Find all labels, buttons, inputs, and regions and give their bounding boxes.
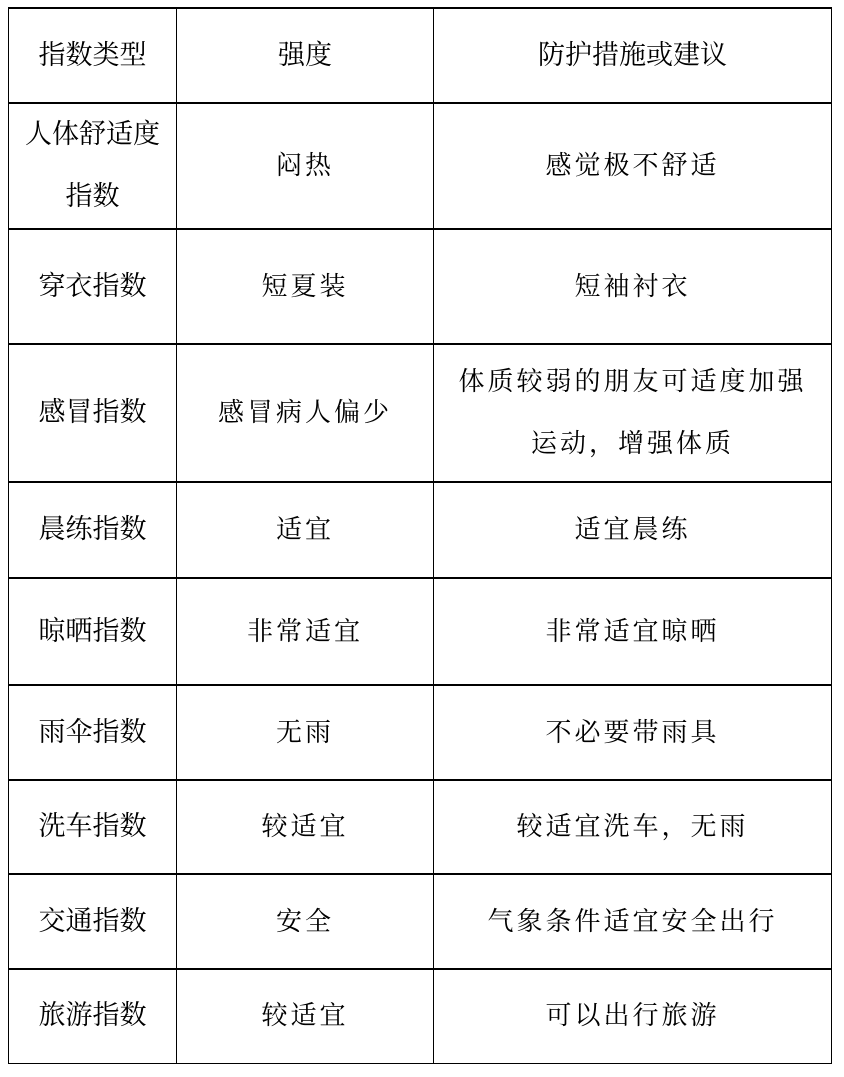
table-row: 人体舒适度指数 闷热 感觉极不舒适 [9, 103, 832, 229]
header-level: 强度 [177, 8, 434, 103]
table-row: 晨练指数 适宜 适宜晨练 [9, 482, 832, 578]
advice-cell: 体质较弱的朋友可适度加强运动，增强体质 [434, 344, 832, 482]
table-row: 交通指数 安全 气象条件适宜安全出行 [9, 874, 832, 969]
index-type-cell: 交通指数 [9, 874, 177, 969]
header-advice: 防护措施或建议 [434, 8, 832, 103]
level-cell: 较适宜 [177, 780, 434, 874]
header-row: 指数类型 强度 防护措施或建议 [9, 8, 832, 103]
level-cell: 非常适宜 [177, 578, 434, 685]
advice-cell: 可以出行旅游 [434, 969, 832, 1063]
table-row: 旅游指数 较适宜 可以出行旅游 [9, 969, 832, 1063]
advice-cell: 适宜晨练 [434, 482, 832, 578]
table-row: 雨伞指数 无雨 不必要带雨具 [9, 685, 832, 780]
advice-cell: 感觉极不舒适 [434, 103, 832, 229]
level-cell: 适宜 [177, 482, 434, 578]
table-row: 穿衣指数 短夏装 短袖衬衣 [9, 229, 832, 344]
advice-cell: 较适宜洗车，无雨 [434, 780, 832, 874]
level-cell: 无雨 [177, 685, 434, 780]
advice-cell: 非常适宜晾晒 [434, 578, 832, 685]
level-cell: 感冒病人偏少 [177, 344, 434, 482]
table-row: 洗车指数 较适宜 较适宜洗车，无雨 [9, 780, 832, 874]
index-type-cell: 人体舒适度指数 [9, 103, 177, 229]
index-type-cell: 雨伞指数 [9, 685, 177, 780]
weather-index-table: 指数类型 强度 防护措施或建议 人体舒适度指数 闷热 感觉极不舒适 穿衣指数 短… [8, 7, 832, 1064]
level-cell: 闷热 [177, 103, 434, 229]
index-type-cell: 晨练指数 [9, 482, 177, 578]
index-type-cell: 晾晒指数 [9, 578, 177, 685]
table-row: 感冒指数 感冒病人偏少 体质较弱的朋友可适度加强运动，增强体质 [9, 344, 832, 482]
index-type-cell: 洗车指数 [9, 780, 177, 874]
index-type-cell: 感冒指数 [9, 344, 177, 482]
advice-cell: 不必要带雨具 [434, 685, 832, 780]
header-index-type: 指数类型 [9, 8, 177, 103]
index-type-cell: 旅游指数 [9, 969, 177, 1063]
level-cell: 短夏装 [177, 229, 434, 344]
index-type-cell: 穿衣指数 [9, 229, 177, 344]
level-cell: 安全 [177, 874, 434, 969]
advice-cell: 短袖衬衣 [434, 229, 832, 344]
table-row: 晾晒指数 非常适宜 非常适宜晾晒 [9, 578, 832, 685]
level-cell: 较适宜 [177, 969, 434, 1063]
advice-cell: 气象条件适宜安全出行 [434, 874, 832, 969]
